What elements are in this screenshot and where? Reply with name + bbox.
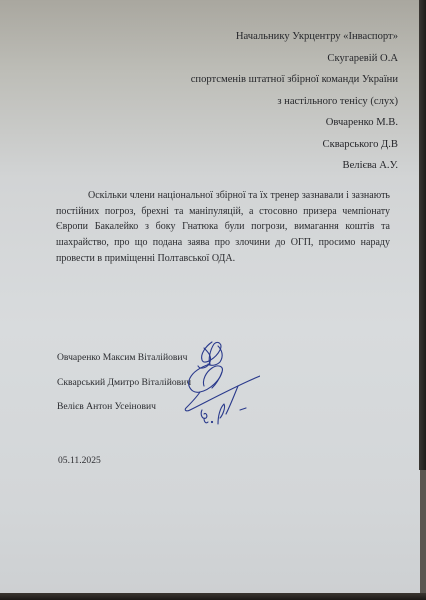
addressee-line-sender-2: Скварського Д.В	[191, 134, 398, 156]
letter-body: Оскільки члени національної збірної та ї…	[56, 188, 390, 267]
document-paper: Начальнику Укрцентру «Інваспорт» Скугаре…	[0, 0, 420, 594]
addressee-line-sender-3: Велієва А.У.	[191, 155, 398, 177]
addressee-line-name: Скугаревій О.А	[191, 48, 398, 70]
addressee-line-sender-1: Овчаренко М.В.	[191, 112, 398, 134]
background-edge-right	[419, 0, 426, 470]
body-paragraph: Оскільки члени національної збірної та ї…	[56, 188, 390, 267]
background-edge-bottom	[0, 593, 426, 600]
handwritten-signature-icon	[160, 336, 260, 436]
document-date: 05.11.2025	[58, 455, 101, 466]
addressee-line-head: Начальнику Укрцентру «Інваспорт»	[191, 26, 398, 48]
addressee-line-from: спортсменів штатної збірної команди Укра…	[191, 69, 398, 91]
background-edge-right-lower	[420, 470, 426, 600]
addressee-block: Начальнику Укрцентру «Інваспорт» Скугаре…	[191, 26, 398, 177]
addressee-line-sport: з настільного тенісу (слух)	[191, 91, 398, 113]
